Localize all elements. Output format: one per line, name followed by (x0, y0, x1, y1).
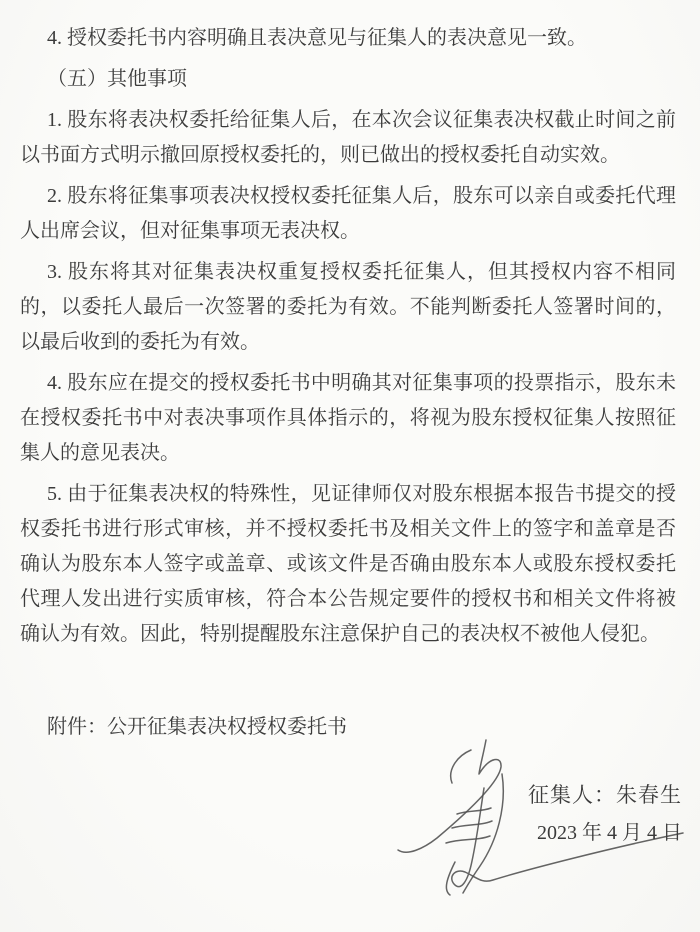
paragraph-4: 4. 股东应在提交的授权委托书中明确其对征集事项的投票指示，股东未在授权委托书中… (20, 366, 676, 471)
signature-date-line: 2023 年 4 月 4 日 (528, 820, 682, 846)
clause-4-line: 4. 授权委托书内容明确且表决意见与征集人的表决意见一致。 (20, 21, 676, 56)
paragraph-2: 2. 股东将征集事项表决权授权委托征集人后，股东可以亲自或委托代理人出席会议，但… (20, 179, 676, 249)
paragraph-1: 1. 股东将表决权委托给征集人后，在本次会议征集表决权截止时间之前以书面方式明示… (20, 103, 676, 173)
solicitor-name-line: 征集人：朱春生 (528, 782, 682, 808)
document-page: 4. 授权委托书内容明确且表决意见与征集人的表决意见一致。 （五）其他事项 1.… (0, 0, 700, 932)
paragraph-3: 3. 股东将其对征集表决权重复授权委托征集人，但其授权内容不相同的，以委托人最后… (20, 255, 676, 360)
section-heading-other-matters: （五）其他事项 (20, 62, 676, 97)
paragraph-5: 5. 由于征集表决权的特殊性，见证律师仅对股东根据本报告书提交的授权委托书进行形… (20, 477, 676, 652)
document-body: 4. 授权委托书内容明确且表决意见与征集人的表决意见一致。 （五）其他事项 1.… (20, 21, 676, 745)
signature-block: 征集人：朱春生 2023 年 4 月 4 日 (528, 782, 682, 846)
